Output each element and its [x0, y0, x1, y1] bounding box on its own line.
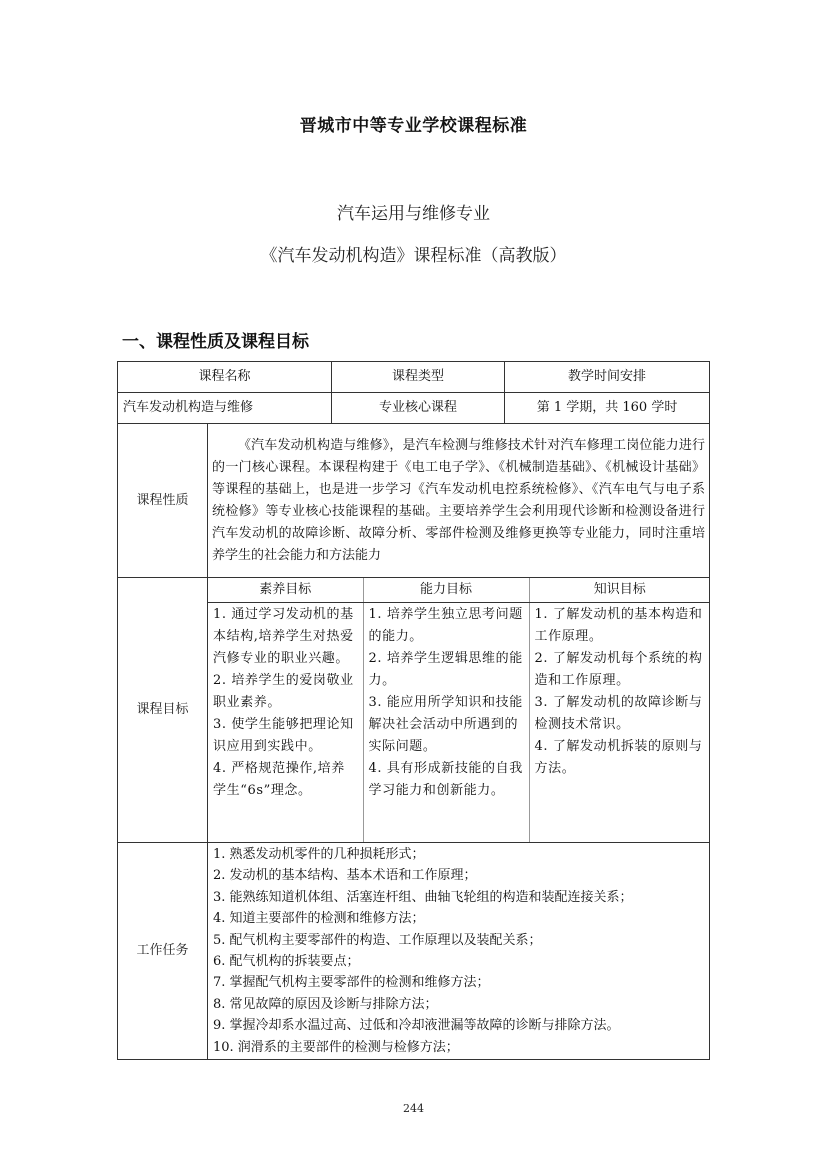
course-nature-text: 《汽车发动机构造与维修》，是汽车检测与维修技术针对汽车修理工岗位能力进行的一门核…	[208, 424, 710, 578]
list-item: 4. 了解发动机拆装的原则与方法。	[535, 736, 706, 780]
list-item: 8. 常见故障的原因及诊断与排除方法；	[213, 994, 704, 1015]
literacy-goals-header: 素养目标	[208, 578, 363, 603]
course-goals-label: 课程目标	[118, 578, 208, 843]
list-item: 3. 了解发动机的故障诊断与检测技术常识。	[535, 692, 706, 736]
goals-table: 素养目标 能力目标 知识目标 1. 通过学习发动机的基本结构,培养学生对热爱汽修…	[208, 578, 710, 842]
table-header-row: 课程名称 课程类型 教学时间安排	[118, 362, 710, 393]
list-item: 5. 配气机构主要零部件的构造、工作原理以及装配关系；	[213, 930, 704, 951]
work-tasks-label: 工作任务	[118, 843, 208, 1060]
list-item: 3. 使学生能够把理论知识应用到实践中。	[213, 714, 358, 758]
list-item: 1. 培养学生独立思考问题的能力。	[369, 604, 524, 648]
course-name-value: 汽车发动机构造与维修	[118, 393, 332, 424]
list-item: 2. 培养学生逻辑思维的能力。	[369, 648, 524, 692]
major-name: 汽车运用与维修专业	[0, 199, 827, 224]
list-item: 3. 能熟练知道机体组、活塞连杆组、曲轴飞轮组的构造和装配连接关系；	[213, 887, 704, 908]
goals-header-row: 素养目标 能力目标 知识目标	[208, 578, 710, 603]
list-item: 2. 了解发动机每个系统的构造和工作原理。	[535, 648, 706, 692]
work-tasks-row: 工作任务 1. 熟悉发动机零件的几种损耗形式； 2. 发动机的基本结构、基本术语…	[118, 843, 710, 1060]
course-type-header: 课程类型	[332, 362, 505, 393]
course-standard-table: 课程名称 课程类型 教学时间安排 汽车发动机构造与维修 专业核心课程 第 1 学…	[117, 361, 710, 1060]
table-info-row: 汽车发动机构造与维修 专业核心课程 第 1 学期，共 160 学时	[118, 393, 710, 424]
list-item: 4. 知道主要部件的检测和维修方法；	[213, 908, 704, 929]
list-item: 2. 培养学生的爱岗敬业职业素养。	[213, 670, 358, 714]
knowledge-goals-header: 知识目标	[529, 578, 710, 603]
list-item: 4. 严格规范操作,培养学生“6s”理念。	[213, 758, 358, 802]
list-item: 1. 熟悉发动机零件的几种损耗形式；	[213, 844, 704, 865]
schedule-value: 第 1 学期，共 160 学时	[505, 393, 710, 424]
list-item: 10. 润滑系的主要部件的检测与检修方法；	[213, 1037, 704, 1058]
course-type-value: 专业核心课程	[332, 393, 505, 424]
ability-goals-list: 1. 培养学生独立思考问题的能力。 2. 培养学生逻辑思维的能力。 3. 能应用…	[363, 603, 529, 843]
course-standard-title: 《汽车发动机构造》课程标准（高教版）	[0, 241, 827, 266]
list-item: 2. 发动机的基本结构、基本术语和工作原理；	[213, 865, 704, 886]
course-nature-label: 课程性质	[118, 424, 208, 578]
list-item: 1. 通过学习发动机的基本结构,培养学生对热爱汽修专业的职业兴趣。	[213, 604, 358, 670]
ability-goals-header: 能力目标	[363, 578, 529, 603]
list-item: 7. 掌握配气机构主要零部件的检测和维修方法；	[213, 972, 704, 993]
goals-body-row: 1. 通过学习发动机的基本结构,培养学生对热爱汽修专业的职业兴趣。 2. 培养学…	[208, 603, 710, 843]
list-item: 3. 能应用所学知识和技能解决社会活动中所遇到的实际问题。	[369, 692, 524, 758]
course-name-header: 课程名称	[118, 362, 332, 393]
list-item: 4. 具有形成新技能的自我学习能力和创新能力。	[369, 758, 524, 802]
schedule-header: 教学时间安排	[505, 362, 710, 393]
document-title: 晋城市中等专业学校课程标准	[0, 111, 827, 136]
page-number: 244	[0, 1102, 827, 1115]
work-tasks-list: 1. 熟悉发动机零件的几种损耗形式； 2. 发动机的基本结构、基本术语和工作原理…	[208, 843, 710, 1060]
literacy-goals-list: 1. 通过学习发动机的基本结构,培养学生对热爱汽修专业的职业兴趣。 2. 培养学…	[208, 603, 363, 843]
list-item: 1. 了解发动机的基本构造和工作原理。	[535, 604, 706, 648]
section-heading: 一、课程性质及课程目标	[122, 327, 309, 352]
course-goals-row: 课程目标 素养目标 能力目标 知识目标 1. 通过学习发动机的基本结构,培养学生…	[118, 578, 710, 843]
course-nature-row: 课程性质 《汽车发动机构造与维修》，是汽车检测与维修技术针对汽车修理工岗位能力进…	[118, 424, 710, 578]
course-goals-content: 素养目标 能力目标 知识目标 1. 通过学习发动机的基本结构,培养学生对热爱汽修…	[208, 578, 710, 843]
list-item: 6. 配气机构的拆装要点；	[213, 951, 704, 972]
list-item: 9. 掌握冷却系水温过高、过低和冷却液泄漏等故障的诊断与排除方法。	[213, 1015, 704, 1036]
knowledge-goals-list: 1. 了解发动机的基本构造和工作原理。 2. 了解发动机每个系统的构造和工作原理…	[529, 603, 710, 843]
